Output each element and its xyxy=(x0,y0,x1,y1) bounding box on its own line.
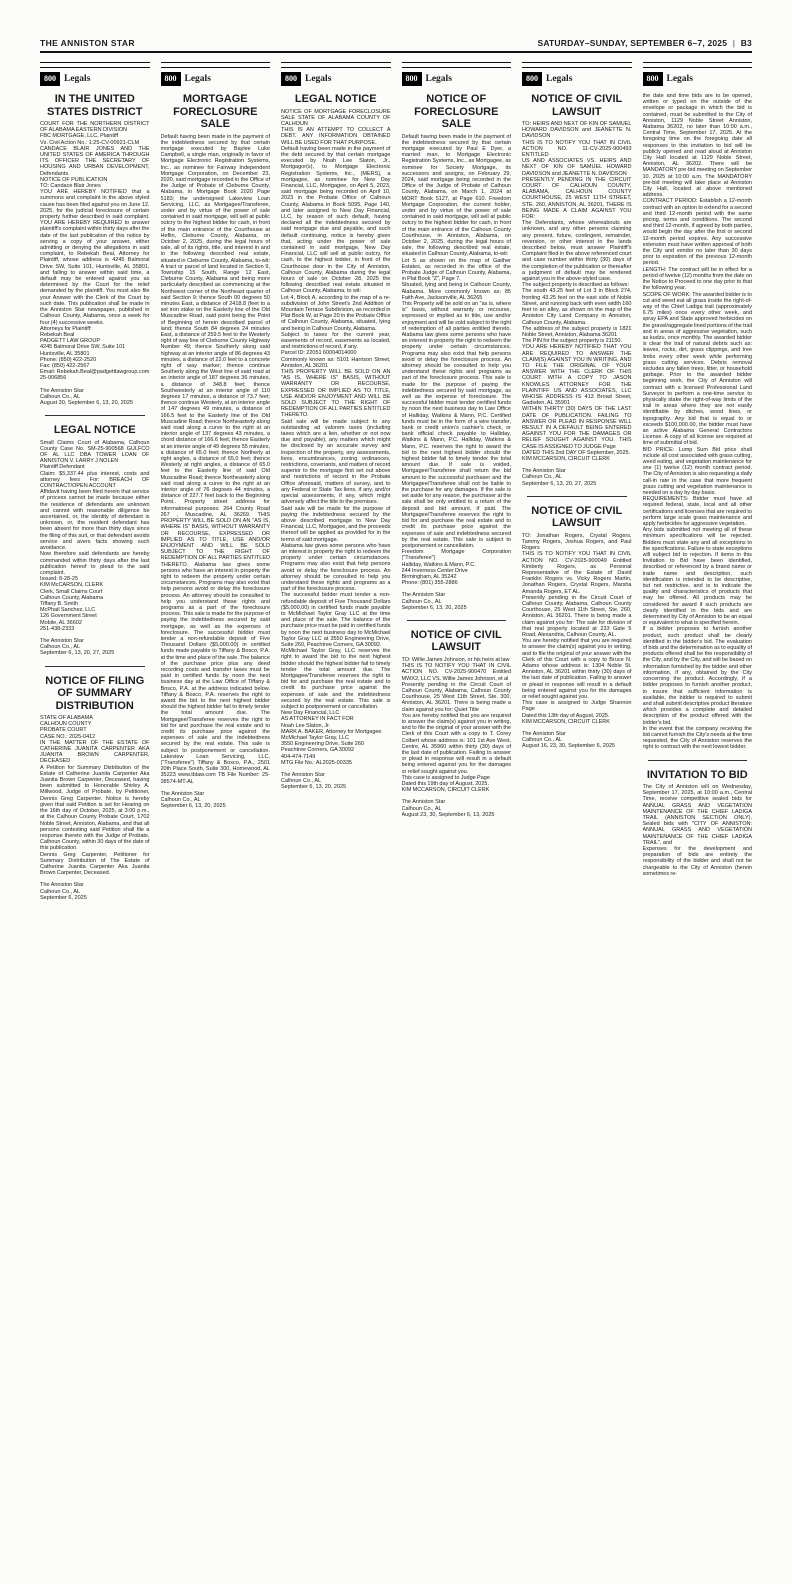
notice-heading: NOTICE OF FILING OF SUMMARY DISTRIBUTION xyxy=(42,675,148,713)
footer-line: August 23, 30, September 6, 13, 2025 xyxy=(402,812,512,818)
notice-paragraph: Vs. Civil Action No.: 1:25-CV-00921-CLM xyxy=(40,140,150,146)
legal-column-5: 800LegalsNOTICE OF CIVIL LAWSUITTO: HEIR… xyxy=(522,62,632,1578)
notice-paragraph: Lot 4, Block A, according to the map of … xyxy=(281,295,391,332)
footer-line: September 6, 13, 20, 2025 xyxy=(161,803,271,809)
notice-paragraph: CANDACE BLAIR JONES AND THE UNITED STATE… xyxy=(40,146,150,177)
legals-columns: 800LegalsIN THE UNITED STATES DISTRICTCO… xyxy=(40,62,752,1578)
notice-heading: NOTICE OF CIVIL LAWSUIT xyxy=(404,629,510,654)
notice-paragraph: 25-006856 xyxy=(40,375,150,381)
legal-column-4: 800LegalsNOTICE OF FORECLOSURE SALEDefau… xyxy=(402,62,512,1578)
notice-paragraph: Any bids submitted not meeting all of th… xyxy=(643,527,753,626)
notice-paragraph: the date and time bids are to be opened,… xyxy=(643,93,753,198)
column-double-rule xyxy=(402,62,512,68)
column-double-rule xyxy=(161,62,271,68)
notice-heading: LEGAL NOTICE xyxy=(42,424,148,437)
section-header: 800Legals xyxy=(281,72,391,86)
legal-column-2: 800LegalsMORTGAGE FORECLOSURE SALEDefaul… xyxy=(161,62,271,1578)
notice-paragraph: You are hereby notified that you are req… xyxy=(402,713,512,775)
legal-column-1: 800LegalsIN THE UNITED STATES DISTRICTCO… xyxy=(40,62,150,1578)
footer-line: August 30, September 6, 13, 20, 2025 xyxy=(40,400,150,406)
section-code-badge: 800 xyxy=(402,72,422,86)
legal-notice: the date and time bids are to be opened,… xyxy=(643,93,753,751)
legal-column-3: 800LegalsLEGAL NOTICENOTICE OF MORTGAGE … xyxy=(281,62,391,1578)
notice-paragraph: YOU ARE HEREBY NOTIFIED that a summons a… xyxy=(40,189,150,325)
notice-paragraph: REQUIREMENTS: Bidder must have all requi… xyxy=(643,496,753,527)
footer-line: September 6, 13, 20, 27, 2025 xyxy=(40,650,150,656)
notice-paragraph: In the event that the company receiving … xyxy=(643,726,753,751)
section-header: 800Legals xyxy=(40,72,150,86)
section-label: Legals xyxy=(185,74,211,84)
legal-notice: LEGAL NOTICESmall Claims Court of Alabam… xyxy=(40,424,150,656)
notice-heading: IN THE UNITED STATES DISTRICT xyxy=(42,93,148,118)
notice-paragraph: If a bidder proposes to furnish another … xyxy=(643,626,753,725)
notice-paragraph: KIM MCCARSON, CIRCUIT CLERK xyxy=(402,787,512,793)
notice-paragraph: TO: HEIRS AND NEXT OF KIN OF SAMUEL HOWA… xyxy=(522,121,632,140)
footer-line: September 6, 13, 20, 2025 xyxy=(281,784,391,790)
section-label: Legals xyxy=(546,74,572,84)
column-double-rule xyxy=(643,62,753,68)
section-header: 800Legals xyxy=(522,72,632,86)
notice-paragraph: Now therefore said defendants are hereby… xyxy=(40,551,150,576)
notice-paragraph: PRESENTLY PENDING IN THE CIRCUIT COURT O… xyxy=(522,177,632,220)
legal-notice: LEGAL NOTICENOTICE OF MORTGAGE FORECLOSU… xyxy=(281,93,391,791)
notice-separator xyxy=(527,496,627,497)
notice-paragraph: TO: Jonathan Rogers, Crystal Rogers, Tam… xyxy=(522,533,632,552)
notice-paragraph: THIS IS TO NOTIFY YOU THAT IN CIVIL ACTI… xyxy=(522,140,632,159)
notice-paragraph: COURT FOR THE NORTHERN DISTRICT OF ALABA… xyxy=(40,121,150,133)
notice-paragraph: This case is assigned to Judge Shannon P… xyxy=(522,700,632,712)
notice-paragraph: Default having been made in the payment … xyxy=(281,146,391,295)
notice-paragraph: Freedom Mortgage Corporation ("Transfere… xyxy=(402,549,512,561)
newspaper-page: THE ANNISTON STAR SATURDAY–SUNDAY, SEPTE… xyxy=(0,0,792,1584)
section-code-badge: 800 xyxy=(522,72,542,86)
notice-paragraph: Presently pending in the Circuit Court o… xyxy=(402,682,512,713)
notice-paragraph: WITHIN THIRTY (30) DAYS OF THE LAST DATE… xyxy=(522,406,632,449)
notice-paragraph: The Defendants, whose whereabouts are un… xyxy=(522,220,632,282)
footer-line: September 6, 2025 xyxy=(40,895,150,901)
notice-paragraph: Said sale will be made for the purpose o… xyxy=(281,506,391,543)
notice-paragraph: Said sale will be made subject to any ou… xyxy=(281,419,391,506)
section-label: Legals xyxy=(667,74,693,84)
section-label: Legals xyxy=(426,74,452,84)
notice-paragraph: Lot 5 as shown on the map of Gaither Est… xyxy=(402,258,512,283)
notice-separator xyxy=(45,415,145,416)
notice-footer: The Anniston StarCalhoun Co., ALSeptembe… xyxy=(402,592,512,611)
page-number: B3 xyxy=(741,38,752,48)
notice-paragraph: The address of the subject property is 1… xyxy=(522,326,632,338)
notice-paragraph: Dennis Greg Carpenter, Petitioner for Su… xyxy=(40,852,150,877)
notice-paragraph: BID PRICE: Lump Sum Bid price shall incl… xyxy=(643,447,753,497)
legal-notice: MORTGAGE FORECLOSURE SALEDefault having … xyxy=(161,93,271,809)
notice-paragraph: Small Claims Court of Alabama, Calhoun C… xyxy=(40,440,150,465)
legal-column-6: 800Legalsthe date and time bids are to b… xyxy=(643,62,753,1578)
notice-paragraph: Default having been made in the payment … xyxy=(402,134,512,258)
notice-paragraph: Commonly known as: 5101 Harrison Street,… xyxy=(281,357,391,369)
notice-paragraph: THIS IS TO NOTIFY YOU THAT IN CIVIL ACTI… xyxy=(402,663,512,682)
legal-notice: NOTICE OF CIVIL LAWSUITTO: Jonathan Roge… xyxy=(522,505,632,750)
notice-paragraph: MTG File No.: AL2025-00335 xyxy=(281,760,391,766)
notice-paragraph: Affidavit having been filed herein that … xyxy=(40,489,150,551)
notice-footer: The Anniston StarCalhoun Co., ALSeptembe… xyxy=(522,468,632,487)
notice-paragraph: 251-438-2333 xyxy=(40,626,150,632)
notice-paragraph: The successful bidder must tender a non-… xyxy=(281,592,391,648)
notice-paragraph: The City of Anniston will on Wednesday, … xyxy=(643,784,753,846)
notice-separator xyxy=(648,760,748,761)
notice-footer: The Anniston StarCalhoun Co., ALSeptembe… xyxy=(161,791,271,810)
notice-heading: LEGAL NOTICE xyxy=(283,93,389,106)
notice-paragraph: THIS IS AN ATTEMPT TO COLLECT A DEBT. AN… xyxy=(281,127,391,146)
notice-paragraph: This Property will be sold on an "as is,… xyxy=(402,301,512,549)
legal-notice: NOTICE OF FILING OF SUMMARY DISTRIBUTION… xyxy=(40,675,150,901)
section-header: 800Legals xyxy=(402,72,512,86)
notice-heading: NOTICE OF CIVIL LAWSUIT xyxy=(524,505,630,530)
notice-footer: The Anniston StarCalhoun Co., ALAugust 1… xyxy=(522,731,632,750)
notice-paragraph: Alabama law gives some persons who have … xyxy=(281,543,391,593)
notice-footer: The Anniston StarCalhoun Co., ALSeptembe… xyxy=(40,882,150,901)
section-code-badge: 800 xyxy=(161,72,181,86)
notice-paragraph: The south 43.25 feet of Lot 3 in Block 2… xyxy=(522,288,632,325)
footer-line: September 6, 13, 20, 27, 2025 xyxy=(522,481,632,487)
notice-paragraph: THIS IS TO NOTIFY YOU THAT IN CIVIL ACTI… xyxy=(522,551,632,594)
column-double-rule xyxy=(522,62,632,68)
legal-notice: NOTICE OF CIVIL LAWSUITTO: HEIRS AND NEX… xyxy=(522,93,632,487)
legal-notice: NOTICE OF FORECLOSURE SALEDefault having… xyxy=(402,93,512,611)
column-double-rule xyxy=(281,62,391,68)
notice-paragraph: Subject to taxes for the current year, e… xyxy=(281,332,391,351)
notice-footer: The Anniston StarCalhoun Co., ALSeptembe… xyxy=(281,772,391,791)
notice-paragraph: McMichael Taylor Gray, LLC reserves the … xyxy=(281,648,391,710)
notice-separator xyxy=(407,620,507,621)
notice-paragraph: Claim: $5,337.44 plus interest, costs an… xyxy=(40,471,150,490)
notice-paragraph: Expenses for the development and prepara… xyxy=(643,846,753,877)
section-code-badge: 800 xyxy=(643,72,663,86)
notice-heading: NOTICE OF FORECLOSURE SALE xyxy=(404,93,510,131)
notice-paragraph: NOTICE OF MORTGAGE FORECLOSURE SALE STAT… xyxy=(281,109,391,128)
section-code-badge: 800 xyxy=(40,72,60,86)
legal-notice: IN THE UNITED STATES DISTRICTCOURT FOR T… xyxy=(40,93,150,406)
notice-paragraph: YOU ARE HEREBY NOTIFIED THAT YOU ARE REQ… xyxy=(522,344,632,406)
section-code-badge: 800 xyxy=(281,72,301,86)
notice-paragraph: Phone: (801) 355-2886 xyxy=(402,580,512,586)
footer-line: September 6, 13, 20, 2025 xyxy=(402,605,512,611)
notice-separator xyxy=(45,666,145,667)
notice-paragraph: You are hereby notified that you are req… xyxy=(522,638,632,700)
notice-paragraph: Default having been made in the payment … xyxy=(161,134,271,785)
notice-paragraph: LENGTH: The contract will be in effect f… xyxy=(643,267,753,292)
section-header: 800Legals xyxy=(161,72,271,86)
notice-footer: The Anniston StarCalhoun Co., ALSeptembe… xyxy=(40,638,150,657)
notice-paragraph: Situated, lying and being in Calhoun Cou… xyxy=(402,282,512,301)
notice-paragraph: IN THE MATTER OF THE ESTATE OF CATHERINE… xyxy=(40,740,150,765)
masthead: THE ANNISTON STAR SATURDAY–SUNDAY, SEPTE… xyxy=(40,38,752,53)
notice-footer: The Anniston StarCalhoun Co., ALAugust 3… xyxy=(40,388,150,407)
notice-heading: INVITATION TO BID xyxy=(645,769,751,782)
notice-footer: The Anniston StarCalhoun Co., ALAugust 2… xyxy=(402,799,512,818)
legal-notice: NOTICE OF CIVIL LAWSUITTO: Willie James … xyxy=(402,629,512,818)
notice-paragraph: Presently pending in the Circuit Court o… xyxy=(522,595,632,638)
notice-paragraph: US AND ASSOCIATES VS. HEIRS AND NEXT OF … xyxy=(522,158,632,177)
notice-paragraph: KIM MCCARSON, CIRCUIT CLERK xyxy=(522,719,632,725)
newspaper-name: THE ANNISTON STAR xyxy=(40,38,135,48)
section-label: Legals xyxy=(64,74,90,84)
notice-paragraph: THIS PROPERTY WILL BE SOLD ON AN "AS IS,… xyxy=(281,369,391,419)
issue-date: SATURDAY–SUNDAY, SEPTEMBER 6–7, 2025 xyxy=(537,38,727,48)
section-header: 800Legals xyxy=(643,72,753,86)
notice-paragraph: CONTRACT PERIOD: Establish a 12-month co… xyxy=(643,198,753,266)
notice-heading: MORTGAGE FORECLOSURE SALE xyxy=(163,93,269,131)
notice-heading: NOTICE OF CIVIL LAWSUIT xyxy=(524,93,630,118)
legal-notice: INVITATION TO BIDThe City of Anniston wi… xyxy=(643,769,753,878)
section-label: Legals xyxy=(305,74,331,84)
notice-paragraph: SCOPE OF WORK: The awarded bidder is to … xyxy=(643,292,753,447)
masthead-divider: | xyxy=(733,38,735,48)
masthead-date-page: SATURDAY–SUNDAY, SEPTEMBER 6–7, 2025 | B… xyxy=(537,38,752,48)
footer-line: August 16, 23, 30, September 6, 2025 xyxy=(522,743,632,749)
notice-paragraph: KIM MCCARSON, CIRCUIT CLERK xyxy=(522,456,632,462)
column-double-rule xyxy=(40,62,150,68)
notice-paragraph: A Petition for Summary Distribution of t… xyxy=(40,765,150,852)
